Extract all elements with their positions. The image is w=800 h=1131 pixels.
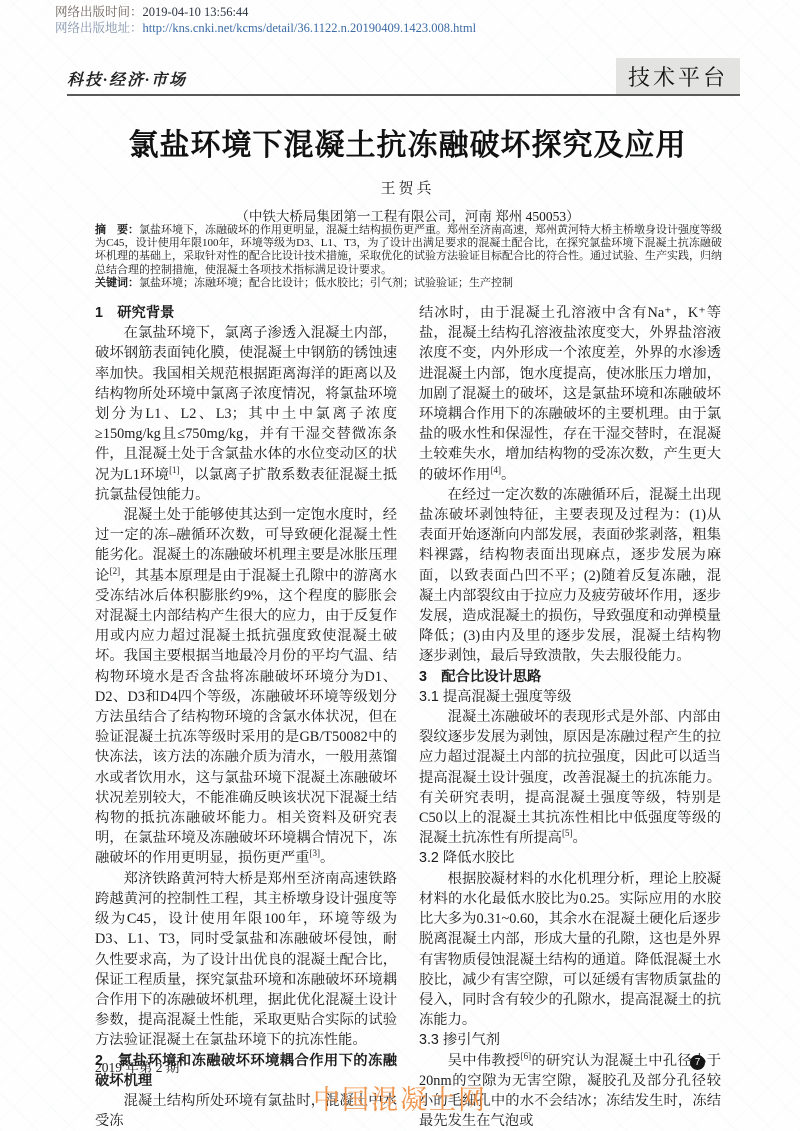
body-paragraph: 在氯盐环境下，氯离子渗透入混凝土内部，破坏钢筋表面钝化膜，使混凝土中钢筋的锈蚀速… [95,323,397,505]
paper-page: 网络出版时间：2019-04-10 13:56:44 网络出版地址：http:/… [0,0,800,1131]
section-heading: 1 研究背景 [95,303,397,323]
publish-meta: 网络出版时间：2019-04-10 13:56:44 网络出版地址：http:/… [55,4,476,36]
abstract-label: 摘 要： [95,224,139,236]
body-paragraph: 根据胶凝材料的水化机理分析，理论上胶凝材料的水化最低水胶比为0.25。实际应用的… [419,869,721,1031]
left-column: 1 研究背景在氯盐环境下，氯离子渗透入混凝土内部，破坏钢筋表面钝化膜，使混凝土中… [95,303,397,1131]
column-tag: 技术平台 [616,58,740,94]
sub-heading: 3.2 降低水胶比 [419,848,721,868]
keywords-text: 氯盐环境；冻融环境；配合比设计；低水胶比；引气剂；试验验证；生产控制 [139,277,513,289]
keywords-paragraph: 关键词：氯盐环境；冻融环境；配合比设计；低水胶比；引气剂；试验验证；生产控制 [95,277,722,290]
article-author: 王贺兵 [95,177,720,198]
body-paragraph: 结冰时，由于混凝土孔溶液中含有Na⁺，K⁺等盐，混凝土结构孔溶液盐浓度变大，外界… [419,303,721,485]
article-affiliation: （中铁大桥局集团第一工程有限公司，河南 郑州 450053） [95,205,720,225]
publish-time-line: 网络出版时间：2019-04-10 13:56:44 [55,4,476,20]
publish-time-label: 网络出版时间： [55,5,143,19]
journal-name: 科技·经济·市场 [67,67,187,94]
publish-url-link[interactable]: http://kns.cnki.net/kcms/detail/36.1122.… [143,21,477,35]
publish-url-label: 网络出版地址： [55,21,143,35]
keywords-label: 关键词： [95,277,139,289]
abstract-block: 摘 要：氯盐环境下，冻融破坏的作用更明显，混凝土结构损伤更严重。郑州至济南高速，… [95,224,722,290]
body-paragraph: 郑济铁路黄河特大桥是郑州至济南高速铁路跨越黄河的控制性工程，其主桥墩身设计强度等… [95,869,397,1051]
abstract-text: 氯盐环境下，冻融破坏的作用更明显，混凝土结构损伤更严重。郑州至济南高速，郑州黄河… [95,224,722,276]
site-watermark: 中国混凝土网 [0,1078,800,1117]
footer-issue: 2019 年第 2 期 [95,1056,179,1076]
body-paragraph: 混凝土处于能够使其达到一定饱水度时，经过一定的冻–融循环次数，可导致硬化混凝土性… [95,505,397,869]
title-block: 氯盐环境下混凝土抗冻融破坏探究及应用 王贺兵 （中铁大桥局集团第一工程有限公司，… [95,120,720,225]
body-paragraph: 在经过一定次数的冻融循环后，混凝土出现盐冻破坏剥蚀特征，主要表现及过程为：(1)… [419,485,721,667]
publish-time-value: 2019-04-10 13:56:44 [143,5,249,19]
sub-heading: 3.3 掺引气剂 [419,1030,721,1050]
page-number-badge: 7 [690,1055,705,1070]
sub-heading: 3.1 提高混凝土强度等级 [419,687,721,707]
body-columns: 1 研究背景在氯盐环境下，氯离子渗透入混凝土内部，破坏钢筋表面钝化膜，使混凝土中… [95,303,722,1131]
abstract-paragraph: 摘 要：氯盐环境下，冻融破坏的作用更明显，混凝土结构损伤更严重。郑州至济南高速，… [95,224,722,277]
section-heading: 3 配合比设计思路 [419,667,721,687]
journal-header: 科技·经济·市场 技术平台 [67,58,740,96]
body-paragraph: 混凝土冻融破坏的表现形式是外部、内部由裂纹逐步发展为剥蚀，原因是冻融过程产生的拉… [419,707,721,848]
article-title: 氯盐环境下混凝土抗冻融破坏探究及应用 [95,120,720,164]
publish-url-line: 网络出版地址：http://kns.cnki.net/kcms/detail/3… [55,20,476,36]
right-column: 结冰时，由于混凝土孔溶液中含有Na⁺，K⁺等盐，混凝土结构孔溶液盐浓度变大，外界… [419,303,721,1131]
